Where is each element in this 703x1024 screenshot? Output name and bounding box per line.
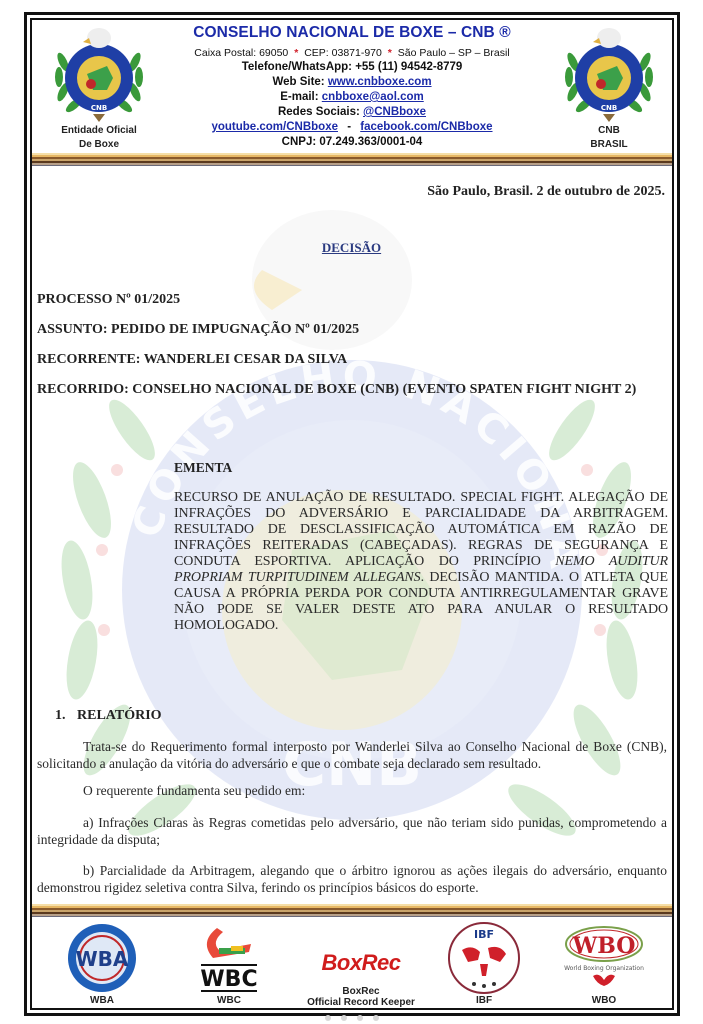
subject: ASSUNTO: PEDIDO DE IMPUGNAÇÃO Nº 01/2025 (37, 322, 667, 338)
logo-caption: WBA (42, 995, 162, 1006)
svg-text:IBF: IBF (474, 928, 494, 941)
paragraph: O requerente fundamenta seu pedido em: (37, 782, 667, 799)
social-label: Redes Sociais: (278, 106, 360, 118)
ementa-block: EMENTA RECURSO DE ANULAÇÃO DE RESULTADO.… (174, 460, 668, 634)
letterhead: CNB Entidade Oficial De Boxe CONSELHO NA… (32, 20, 672, 152)
postal-city: São Paulo – SP – Brasil (398, 47, 510, 59)
page-indicator-dots (318, 1014, 388, 1022)
process-number: PROCESSO Nº 01/2025 (37, 292, 667, 308)
youtube-link[interactable]: youtube.com/CNBboxe (211, 121, 338, 133)
cnpj-line: CNPJ: 07.249.363/0001-04 (142, 135, 562, 150)
logo-caption: BoxRec Official Record Keeper (294, 986, 428, 1008)
social-line: Redes Sociais: @CNBboxe (142, 105, 562, 120)
left-emblem-caption: Entidade Oficial De Boxe (39, 124, 159, 152)
social-links-line: youtube.com/CNBboxe - facebook.com/CNBbo… (142, 120, 562, 135)
cnb-eagle-emblem-icon: CNB (559, 22, 659, 124)
org-contact-block: Caixa Postal: 69050 * CEP: 03871-970 * S… (142, 46, 562, 150)
separator-star: * (385, 47, 395, 59)
logo-caption: IBF (424, 995, 544, 1006)
footer-divider-band (32, 904, 672, 918)
sanctioning-bodies-footer: WBA WBA WBC WBC BoxRec BoxRec Official R… (32, 920, 672, 1008)
ibf-logo: IBF IBF (424, 920, 544, 1008)
svg-text:WBO: WBO (572, 933, 636, 959)
svg-text:World Boxing Organization: World Boxing Organization (564, 965, 644, 972)
caption-line: Official Record Keeper (294, 997, 428, 1008)
section-title: RELATÓRIO (77, 708, 162, 723)
caption-line: BRASIL (549, 138, 669, 152)
postal-cep: CEP: 03871-970 (304, 47, 382, 59)
email-line: E-mail: cnbboxe@aol.com (142, 90, 562, 105)
section-number: 1. (55, 708, 77, 724)
wba-logo: WBA WBA (42, 920, 162, 1008)
boxrec-logo: BoxRec BoxRec Official Record Keeper (294, 920, 428, 1008)
caption-line: De Boxe (39, 138, 159, 152)
wbc-logo-icon: WBC (189, 922, 269, 996)
header-divider-band (32, 153, 672, 167)
wba-logo-icon: WBA (62, 922, 142, 996)
wbc-logo: WBC WBC (169, 920, 289, 1008)
respondent: RECORRIDO: CONSELHO NACIONAL DE BOXE (CN… (37, 382, 667, 398)
paragraph: Trata-se do Requerimento formal interpos… (37, 738, 667, 772)
org-title: CONSELHO NACIONAL DE BOXE – CNB ® (142, 24, 562, 42)
email-label: E-mail: (280, 91, 318, 103)
svg-text:WBC: WBC (200, 967, 257, 992)
svg-text:WBA: WBA (76, 947, 129, 971)
phone-line: Telefone/WhatsApp: +55 (11) 94542-8779 (142, 60, 562, 75)
document-date: São Paulo, Brasil. 2 de outubro de 2025. (427, 184, 665, 200)
website-label: Web Site: (272, 76, 324, 88)
case-metadata: PROCESSO Nº 01/2025 ASSUNTO: PEDIDO DE I… (37, 292, 667, 412)
separator-star: * (291, 47, 301, 59)
caption-line: CNB (549, 124, 669, 138)
ementa-text: RECURSO DE ANULAÇÃO DE RESULTADO. SPECIA… (174, 490, 668, 634)
cnb-eagle-emblem-icon: CNB (49, 22, 149, 124)
ementa-title: EMENTA (174, 460, 668, 476)
document-heading: DECISÃO (0, 240, 703, 256)
wbo-logo: WBO World Boxing Organization WBO (544, 920, 664, 1008)
ibf-logo-icon: IBF (444, 920, 524, 996)
facebook-link[interactable]: facebook.com/CNBboxe (360, 121, 492, 133)
boxrec-logo-icon: BoxRec (294, 950, 428, 976)
postal-line: Caixa Postal: 69050 * CEP: 03871-970 * S… (142, 46, 562, 60)
email-link[interactable]: cnbboxe@aol.com (322, 91, 424, 103)
paragraph: a) Infrações Claras às Regras cometidas … (37, 814, 667, 848)
social-handle-link[interactable]: @CNBboxe (363, 106, 426, 118)
logo-caption: WBC (169, 995, 289, 1006)
svg-text:CNB: CNB (601, 104, 617, 112)
appellant: RECORRENTE: WANDERLEI CESAR DA SILVA (37, 352, 667, 368)
svg-text:CNB: CNB (91, 104, 107, 112)
website-link[interactable]: www.cnbboxe.com (328, 76, 432, 88)
website-line: Web Site: www.cnbboxe.com (142, 75, 562, 90)
logo-caption: WBO (544, 995, 664, 1006)
caption-line: Entidade Oficial (39, 124, 159, 138)
paragraph: b) Parcialidade da Arbitragem, alegando … (37, 862, 667, 896)
wbo-logo-icon: WBO World Boxing Organization (559, 924, 649, 994)
right-emblem-caption: CNB BRASIL (549, 124, 669, 152)
link-separator: - (341, 121, 357, 133)
postal-box: Caixa Postal: 69050 (194, 47, 288, 59)
caption-line: BoxRec (294, 986, 428, 997)
section-heading-relatorio: 1.RELATÓRIO (55, 708, 162, 724)
